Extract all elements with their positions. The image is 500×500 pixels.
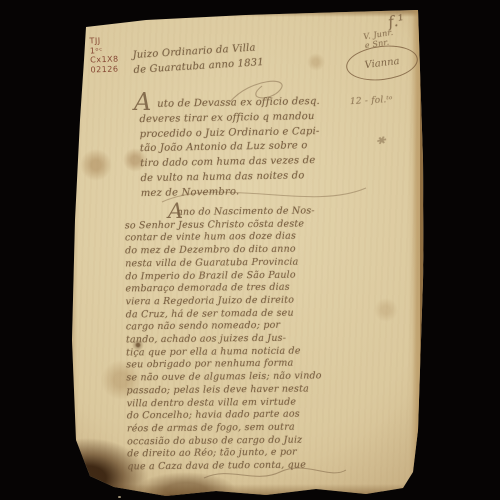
- text-line: que a Caza dava de tudo conta, que: [127, 459, 389, 474]
- body-paragraph-2: nno do Nascimento de Nos-so Senhor Jesus…: [125, 205, 390, 474]
- manuscript-page: TJJ1ᵒᶜCx1X802126 Juizo Ordinario da Vill…: [66, 10, 424, 500]
- dust-speck: [118, 496, 121, 498]
- oval-seal: Vianna: [344, 42, 420, 85]
- oval-seal-text: Vianna: [364, 55, 400, 70]
- text-line: 02126: [90, 64, 119, 74]
- archival-code-stamp: TJJ1ᵒᶜCx1X802126: [89, 36, 119, 75]
- body-paragraph-1: uto de Devassa ex officio desq.deveres t…: [139, 94, 381, 202]
- text-line: Cx1X8: [90, 55, 119, 65]
- header-title: Juizo Ordinario da Villade Guaratuba ann…: [132, 40, 264, 78]
